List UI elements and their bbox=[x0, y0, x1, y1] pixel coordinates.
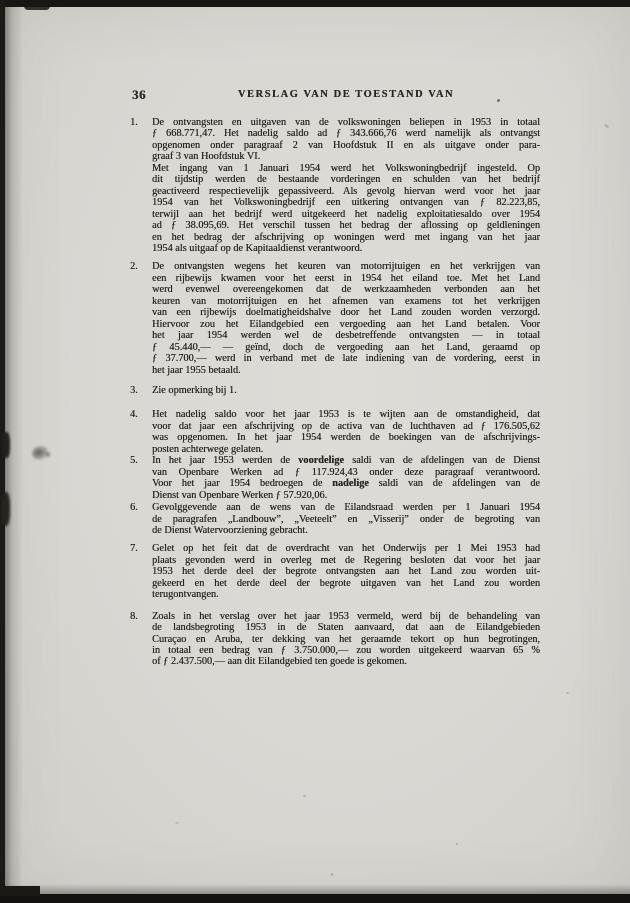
paragraph-number: 3. bbox=[130, 385, 152, 396]
paragraph: 6.Gevolggevende aan de wens van de Eilan… bbox=[130, 502, 542, 536]
paragraph-number: 5. bbox=[130, 455, 152, 501]
scan-edge-corner bbox=[0, 886, 40, 896]
paragraph: 2.De ontvangsten wegens het keuren van m… bbox=[130, 261, 542, 376]
paragraph-number: 6. bbox=[130, 502, 152, 536]
text-line: keuren van motorrijtuigen en het afnemen… bbox=[152, 296, 540, 307]
text-line: de landsbegroting 1953 in de Staten aanv… bbox=[152, 622, 540, 633]
text-line: De ontvangsten en uitgaven van de volksw… bbox=[152, 117, 540, 128]
text-line: van een rijbewijs doelmatigheidshalve do… bbox=[152, 307, 540, 318]
scan-speck bbox=[175, 821, 179, 825]
text-line: terwijl aan het bedrijf werd uitgekeerd … bbox=[152, 209, 540, 220]
text-line: in totaal een bedrag van ƒ 3.750.000,— z… bbox=[152, 645, 540, 656]
text-line: terugontvangen. bbox=[152, 589, 540, 600]
text-line: De ontvangsten wegens het keuren van mot… bbox=[152, 261, 540, 272]
paragraph: 8.Zoals in het verslag over het jaar 195… bbox=[130, 611, 542, 668]
scan-edge-top-blob bbox=[24, 5, 50, 10]
paragraph-text: Gelet op het feit dat de overdracht van … bbox=[152, 543, 540, 600]
text-line: was opgenomen. In het jaar 1954 werden d… bbox=[152, 432, 540, 443]
text-line: van Openbare Werken ad ƒ 117.924,43 onde… bbox=[152, 467, 540, 478]
text-line: of ƒ 2.437.500,— aan dit Eilandgebied te… bbox=[152, 656, 540, 667]
text-line: werd evenwel overeengekomen dat de werkz… bbox=[152, 284, 540, 295]
text-line: graaf 3 van Hoofdstuk VI. bbox=[152, 151, 540, 162]
page-content: 36 VERSLAG VAN DE TOESTAND VAN 1.De ontv… bbox=[130, 88, 542, 668]
paragraph-text: In het jaar 1953 werden de voordelige sa… bbox=[152, 455, 540, 501]
paragraph-list: 1.De ontvangsten en uitgaven van de volk… bbox=[130, 117, 542, 668]
scan-speck bbox=[566, 692, 569, 694]
scan-edge-blob bbox=[1, 492, 10, 526]
page-number: 36 bbox=[132, 87, 146, 103]
text-line: en het bedrag der afschrijving op woning… bbox=[152, 232, 540, 243]
paragraph-number: 2. bbox=[130, 261, 152, 376]
paragraph-text: De ontvangsten wegens het keuren van mot… bbox=[152, 261, 540, 376]
text-line: Zoals in het verslag over het jaar 1953 … bbox=[152, 611, 540, 622]
text-line: het jaar 1955 betaald. bbox=[152, 365, 540, 376]
text-line: gekeerd en het derde deel der begrote ui… bbox=[152, 578, 540, 589]
text-line: ad ƒ 38.095,69. Het verschil tussen het … bbox=[152, 220, 540, 231]
paragraph: 3.Zie opmerking bij 1. bbox=[130, 385, 542, 396]
scan-edge-bottom-shadow bbox=[0, 884, 630, 894]
text-line: dit tijdstip werden de bestaande vorderi… bbox=[152, 174, 540, 185]
scan-speck bbox=[331, 873, 333, 876]
scan-edge-top bbox=[0, 0, 630, 7]
scan-edge-bottom bbox=[0, 894, 630, 903]
page-title: VERSLAG VAN DE TOESTAND VAN bbox=[152, 89, 540, 100]
scan-edge-blob bbox=[2, 432, 10, 458]
text-line: Gelet op het feit dat de overdracht van … bbox=[152, 543, 540, 554]
paragraph-text: Zoals in het verslag over het jaar 1953 … bbox=[152, 611, 540, 668]
paragraph-text: De ontvangsten en uitgaven van de volksw… bbox=[152, 117, 540, 254]
text-line: voor dat jaar een afschrijving op de act… bbox=[152, 421, 540, 432]
text-line: Met ingang van 1 Januari 1954 werd het V… bbox=[152, 163, 540, 174]
text-line: geactiveerd respectievelijk gepassiveerd… bbox=[152, 186, 540, 197]
paragraph-number: 4. bbox=[130, 409, 152, 455]
text-line: 1953 het derde deel der begrote ontvangs… bbox=[152, 566, 540, 577]
paragraph: 7.Gelet op het feit dat de overdracht va… bbox=[130, 543, 542, 600]
text-line: In het jaar 1953 werden de voordelige sa… bbox=[152, 455, 540, 466]
paragraph-text: Het nadelig saldo voor het jaar 1953 is … bbox=[152, 409, 540, 455]
paragraph-number: 7. bbox=[130, 543, 152, 600]
text-line: ƒ 37.700,— werd in verband met de late i… bbox=[152, 353, 540, 364]
text-line: plaats gevonden werd in overleg met de R… bbox=[152, 555, 540, 566]
scan-speck bbox=[456, 843, 458, 845]
ink-smudge bbox=[44, 451, 52, 458]
text-line: ƒ 668.771,47. Het nadelig saldo ad ƒ 343… bbox=[152, 128, 540, 139]
scan-speck bbox=[604, 124, 609, 129]
text-line: Hiervoor zou het Eilandgebied een vergoe… bbox=[152, 319, 540, 330]
text-line: het jaar 1954 werden wel de desbetreffen… bbox=[152, 330, 540, 341]
paragraph: 1.De ontvangsten en uitgaven van de volk… bbox=[130, 117, 542, 254]
scan-speck bbox=[303, 795, 306, 797]
text-line: Zie opmerking bij 1. bbox=[152, 385, 540, 396]
paragraph-number: 1. bbox=[130, 117, 152, 254]
text-line: Gevolggevende aan de wens van de Eilands… bbox=[152, 502, 540, 513]
text-line: Dienst van Openbare Werken ƒ 57.920,06. bbox=[152, 490, 540, 501]
text-line: 1954 als uitgaaf op de Kapitaaldienst ve… bbox=[152, 243, 540, 254]
paragraph-number: 8. bbox=[130, 611, 152, 668]
text-line: de paragrafen „Landbouw”, „Veeteelt” en … bbox=[152, 514, 540, 525]
paragraph: 4.Het nadelig saldo voor het jaar 1953 i… bbox=[130, 409, 542, 455]
page-header: 36 VERSLAG VAN DE TOESTAND VAN bbox=[130, 88, 542, 117]
paragraph-text: Gevolggevende aan de wens van de Eilands… bbox=[152, 502, 540, 536]
text-line: Curaçao en Aruba, ter dekking van het ge… bbox=[152, 634, 540, 645]
text-line: Voor het jaar 1954 bedroegen de nadelige… bbox=[152, 478, 540, 489]
text-line: 1954 van het Volkswoningbedrijf een uitk… bbox=[152, 197, 540, 208]
text-line: een rijbewijs kwamen voor het eerst in 1… bbox=[152, 273, 540, 284]
text-line: opgenomen onder paragraaf 2 van Hoofdstu… bbox=[152, 140, 540, 151]
text-line: ƒ 45.440,— — geïnd, doch de vergoeding a… bbox=[152, 342, 540, 353]
scanned-page: 36 VERSLAG VAN DE TOESTAND VAN 1.De ontv… bbox=[0, 0, 630, 903]
text-line: posten achterwege gelaten. bbox=[152, 444, 540, 455]
text-line: de Dienst Watervoorziening gebracht. bbox=[152, 525, 540, 536]
paragraph-text: Zie opmerking bij 1. bbox=[152, 385, 540, 396]
paragraph: 5.In het jaar 1953 werden de voordelige … bbox=[130, 455, 542, 501]
text-line: Het nadelig saldo voor het jaar 1953 is … bbox=[152, 409, 540, 420]
